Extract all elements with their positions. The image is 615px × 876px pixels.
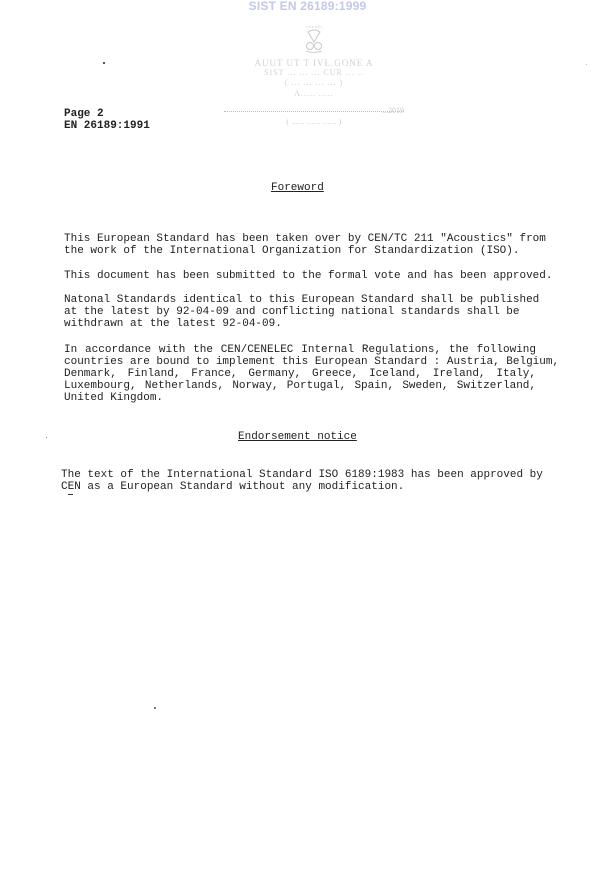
document-number: EN 26189:1991 <box>64 120 150 132</box>
stamp-line: A..... ..... <box>224 89 404 99</box>
scan-speck <box>586 64 587 65</box>
text-line: Natonal Standards identical to this Euro… <box>64 294 536 306</box>
text-line: This European Standard has been taken ov… <box>64 233 536 245</box>
stamp-dots-tail: ...2019 <box>382 106 404 115</box>
text-line: at the latest by 92-04-09 and conflictin… <box>64 306 536 318</box>
institution-stamp: AUUT UT T IVŁ.GONE A SIST ... ... ... CU… <box>224 18 404 133</box>
text-line: the work of the International Organizati… <box>64 245 536 257</box>
stamp-line: AUUT UT T IVŁ.GONE A <box>224 58 404 68</box>
text-line: This document has been submitted to the … <box>64 270 536 282</box>
stamp-dotted-line <box>224 111 404 112</box>
text-line: The text of the International Standard I… <box>61 469 534 481</box>
foreword-paragraph: In accordance with the CEN/CENELEC Inter… <box>64 344 536 404</box>
stray-dash-mark <box>68 494 73 495</box>
stamp-subtitle: ( ...... ...... ...... ) <box>254 118 374 126</box>
page-header: Page 2 EN 26189:1991 <box>64 108 150 132</box>
scan-speck <box>154 707 156 709</box>
foreword-paragraph: This European Standard has been taken ov… <box>64 233 536 257</box>
document-watermark: SIST EN 26189:1999 <box>0 0 615 13</box>
text-line: United Kingdom. <box>64 392 536 404</box>
scan-speck <box>103 62 105 64</box>
endorsement-heading: Endorsement notice <box>238 431 357 443</box>
text-line: CEN as a European Standard without any m… <box>61 481 534 493</box>
endorsement-paragraph: The text of the International Standard I… <box>61 469 534 493</box>
text-line: countries are bound to implement this Eu… <box>64 356 536 368</box>
foreword-paragraph: Natonal Standards identical to this Euro… <box>64 294 536 330</box>
page-number: Page 2 <box>64 108 150 120</box>
scan-speck <box>46 437 47 438</box>
foreword-heading: Foreword <box>271 182 324 194</box>
text-line: Luxembourg, Netherlands, Norway, Portuga… <box>64 380 536 392</box>
text-line: withdrawn at the latest 92-04-09. <box>64 318 536 330</box>
stamp-line: ( ... ... ... ... ) <box>224 78 404 88</box>
stamp-line: SIST ... ... ... CUR ... .. <box>224 68 404 78</box>
emblem-icon <box>300 24 328 54</box>
text-line: In accordance with the CEN/CENELEC Inter… <box>64 344 536 356</box>
text-line: Denmark, Finland, France, Germany, Greec… <box>64 368 536 380</box>
foreword-paragraph: This document has been submitted to the … <box>64 270 536 282</box>
